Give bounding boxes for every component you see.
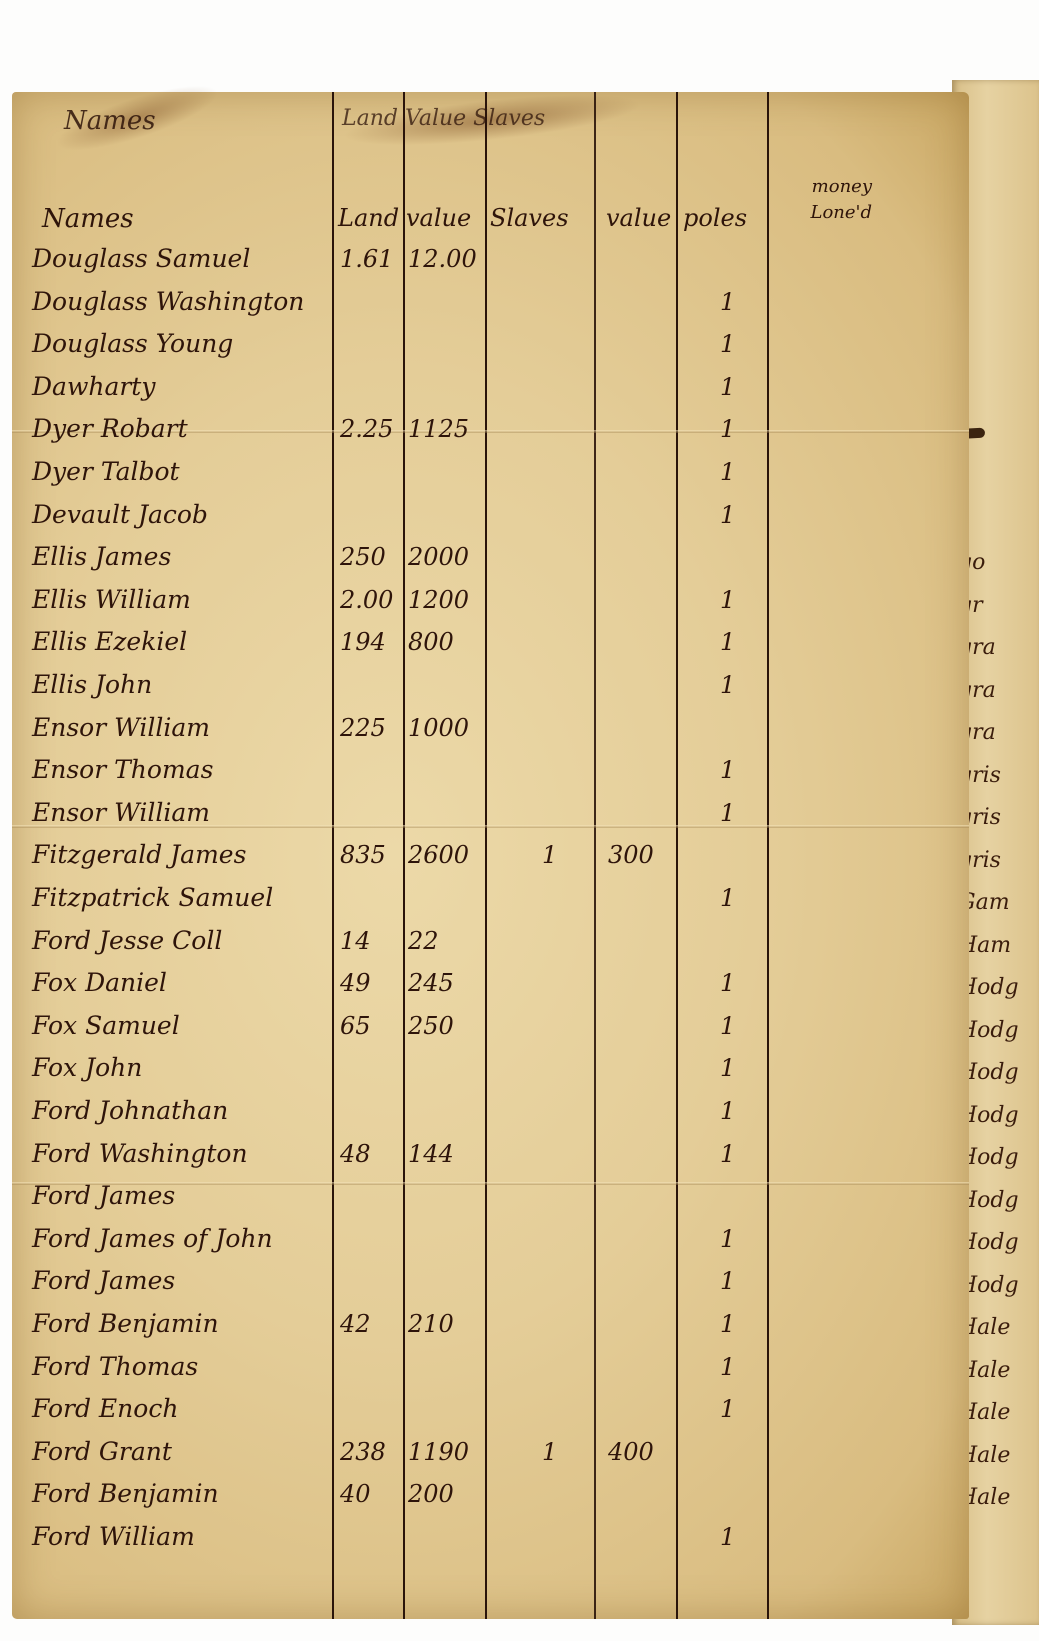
row-polls: 1	[720, 1224, 735, 1254]
row-land-value: 12.00	[408, 244, 477, 274]
row-land-value: 144	[408, 1139, 454, 1169]
row-polls: 1	[720, 1309, 735, 1339]
table-row: Ford Johnathan1	[12, 1096, 969, 1138]
row-land-value: 2000	[408, 542, 469, 572]
table-row: Ford Enoch1	[12, 1394, 969, 1436]
row-polls: 1	[720, 372, 735, 402]
row-name: Ford Washington	[32, 1139, 248, 1169]
row-polls: 1	[720, 1266, 735, 1296]
row-polls: 1	[720, 585, 735, 615]
row-name: Fox John	[32, 1053, 142, 1083]
faded-title: Names	[64, 106, 156, 136]
row-land: 238	[340, 1437, 386, 1467]
row-polls: 1	[720, 457, 735, 487]
table-row: Ford Washington481441	[12, 1139, 969, 1181]
row-name: Ford Johnathan	[32, 1096, 228, 1126]
row-land: 42	[340, 1309, 371, 1339]
row-land-value: 800	[408, 627, 454, 657]
header-land: Land	[338, 204, 399, 232]
row-name: Fox Daniel	[32, 968, 167, 998]
table-row: Dyer Talbot1	[12, 457, 969, 499]
row-name: Ford Thomas	[32, 1352, 198, 1382]
row-name: Douglass Young	[32, 329, 233, 359]
row-land-value: 1000	[408, 713, 469, 743]
row-land: 14	[340, 926, 371, 956]
table-row: Douglass Young1	[12, 329, 969, 371]
row-polls: 1	[720, 883, 735, 913]
table-row: Ford Thomas1	[12, 1352, 969, 1394]
table-row: Ensor Thomas1	[12, 755, 969, 797]
row-name: Ford James	[32, 1266, 175, 1296]
row-name: Ford Benjamin	[32, 1309, 219, 1339]
row-land: 49	[340, 968, 371, 998]
table-row: Ford William1	[12, 1522, 969, 1564]
row-name: Ellis John	[32, 670, 152, 700]
row-polls: 1	[720, 1053, 735, 1083]
row-polls: 1	[720, 1522, 735, 1552]
row-land: 194	[340, 627, 386, 657]
row-land-value: 1125	[408, 414, 469, 444]
table-row: Dyer Robart2.2511251	[12, 414, 969, 456]
table-row: Fitzpatrick Samuel1	[12, 883, 969, 925]
table-row: Ellis John1	[12, 670, 969, 712]
row-slaves-value: 300	[608, 840, 654, 870]
row-name: Fitzpatrick Samuel	[32, 883, 273, 913]
table-row: Ellis James2502000	[12, 542, 969, 584]
table-row: Ellis William2.0012001	[12, 585, 969, 627]
table-row: Douglass Samuel1.6112.00	[12, 244, 969, 286]
row-name: Ford William	[32, 1522, 195, 1552]
row-land: 2.25	[340, 414, 393, 444]
row-slaves: 1	[542, 840, 557, 870]
row-name: Ford Grant	[32, 1437, 172, 1467]
faded-column-title: Land Value Slaves	[342, 106, 545, 131]
row-polls: 1	[720, 287, 735, 317]
table-row: Ford Benjamin422101	[12, 1309, 969, 1351]
table-row: Douglass Washington1	[12, 287, 969, 329]
row-name: Douglass Washington	[32, 287, 304, 317]
row-polls: 1	[720, 1139, 735, 1169]
table-row: Ford James1	[12, 1266, 969, 1308]
row-name: Ford James of John	[32, 1224, 273, 1254]
row-name: Dyer Robart	[32, 414, 188, 444]
row-name: Ensor William	[32, 713, 210, 743]
header-slaves-value: value	[606, 204, 671, 232]
row-land: 1.61	[340, 244, 393, 274]
row-land: 65	[340, 1011, 371, 1041]
table-row: Ford Jesse Coll1422	[12, 926, 969, 968]
row-land-value: 1200	[408, 585, 469, 615]
row-name: Ellis James	[32, 542, 171, 572]
row-name: Ford Jesse Coll	[32, 926, 222, 956]
table-row: Ensor William2251000	[12, 713, 969, 755]
row-land-value: 22	[408, 926, 439, 956]
table-row: Ford James of John1	[12, 1224, 969, 1266]
table-row: Ford James	[12, 1181, 969, 1223]
row-name: Ford Benjamin	[32, 1479, 219, 1509]
row-name: Dyer Talbot	[32, 457, 180, 487]
row-land: 48	[340, 1139, 371, 1169]
table-row: Dawharty1	[12, 372, 969, 414]
table-row: Ellis Ezekiel1948001	[12, 627, 969, 669]
row-name: Ellis William	[32, 585, 191, 615]
row-polls: 1	[720, 1394, 735, 1424]
table-row: Ford Benjamin40200	[12, 1479, 969, 1521]
row-polls: 1	[720, 627, 735, 657]
row-name: Douglass Samuel	[32, 244, 250, 274]
row-polls: 1	[720, 1096, 735, 1126]
header-slaves: Slaves	[490, 204, 569, 232]
header-names: Names	[42, 204, 134, 234]
row-land: 40	[340, 1479, 371, 1509]
row-polls: 1	[720, 1352, 735, 1382]
row-name: Ellis Ezekiel	[32, 627, 187, 657]
row-name: Dawharty	[32, 372, 155, 402]
row-name: Ensor William	[32, 798, 210, 828]
table-row: Ford Grant23811901400	[12, 1437, 969, 1479]
table-row: Fox John1	[12, 1053, 969, 1095]
row-land: 225	[340, 713, 386, 743]
row-name: Ensor Thomas	[32, 755, 213, 785]
row-polls: 1	[720, 670, 735, 700]
header-money-loaned: money Lone'd	[772, 174, 872, 226]
row-polls: 1	[720, 500, 735, 530]
row-name: Ford James	[32, 1181, 175, 1211]
row-name: Devault Jacob	[32, 500, 208, 530]
row-land-value: 250	[408, 1011, 454, 1041]
row-polls: 1	[720, 414, 735, 444]
row-land: 2.00	[340, 585, 393, 615]
row-slaves-value: 400	[608, 1437, 654, 1467]
header-land-value: value	[406, 204, 471, 232]
row-name: Ford Enoch	[32, 1394, 178, 1424]
row-land-value: 210	[408, 1309, 454, 1339]
table-row: Devault Jacob1	[12, 500, 969, 542]
row-polls: 1	[720, 968, 735, 998]
row-slaves: 1	[542, 1437, 557, 1467]
table-row: Fox Samuel652501	[12, 1011, 969, 1053]
row-name: Fitzgerald James	[32, 840, 246, 870]
row-polls: 1	[720, 798, 735, 828]
row-name: Fox Samuel	[32, 1011, 180, 1041]
row-land: 835	[340, 840, 386, 870]
table-row: Ensor William1	[12, 798, 969, 840]
table-row: Fox Daniel492451	[12, 968, 969, 1010]
row-land-value: 2600	[408, 840, 469, 870]
table-row: Fitzgerald James83526001300	[12, 840, 969, 882]
row-land: 250	[340, 542, 386, 572]
row-polls: 1	[720, 755, 735, 785]
header-polls: poles	[683, 204, 747, 232]
row-land-value: 200	[408, 1479, 454, 1509]
row-polls: 1	[720, 1011, 735, 1041]
row-land-value: 245	[408, 968, 454, 998]
row-land-value: 1190	[408, 1437, 469, 1467]
tax-list-page: Names Land Value Slaves Names Land value…	[12, 92, 969, 1619]
row-polls: 1	[720, 329, 735, 359]
